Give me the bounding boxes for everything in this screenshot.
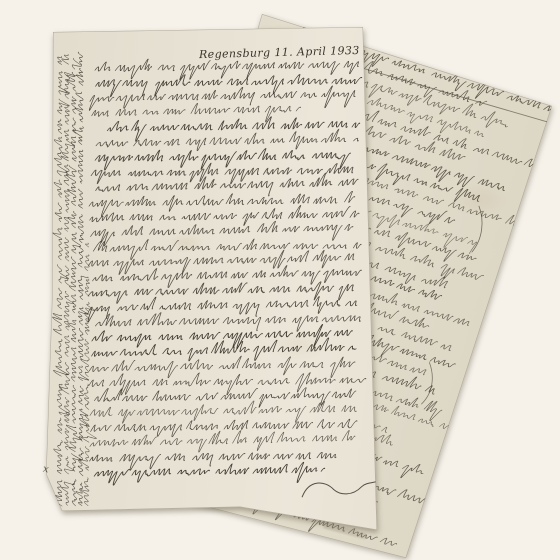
faint-stamp-mark — [323, 522, 367, 539]
front-page-shadow: Regensburg 11. April 1933 — [0, 0, 560, 560]
letter-back-page — [0, 0, 560, 560]
letter-photo-scene: Regensburg 11. April 1933 x — [0, 0, 560, 560]
margin-annotation-mark: x — [42, 464, 49, 476]
back-page-handwriting — [0, 0, 560, 560]
letter-date-heading: Regensburg 11. April 1933 — [199, 44, 360, 62]
front-page-handwriting — [0, 0, 560, 560]
letter-front-page: Regensburg 11. April 1933 — [0, 0, 560, 560]
back-page-shadow — [0, 0, 560, 560]
